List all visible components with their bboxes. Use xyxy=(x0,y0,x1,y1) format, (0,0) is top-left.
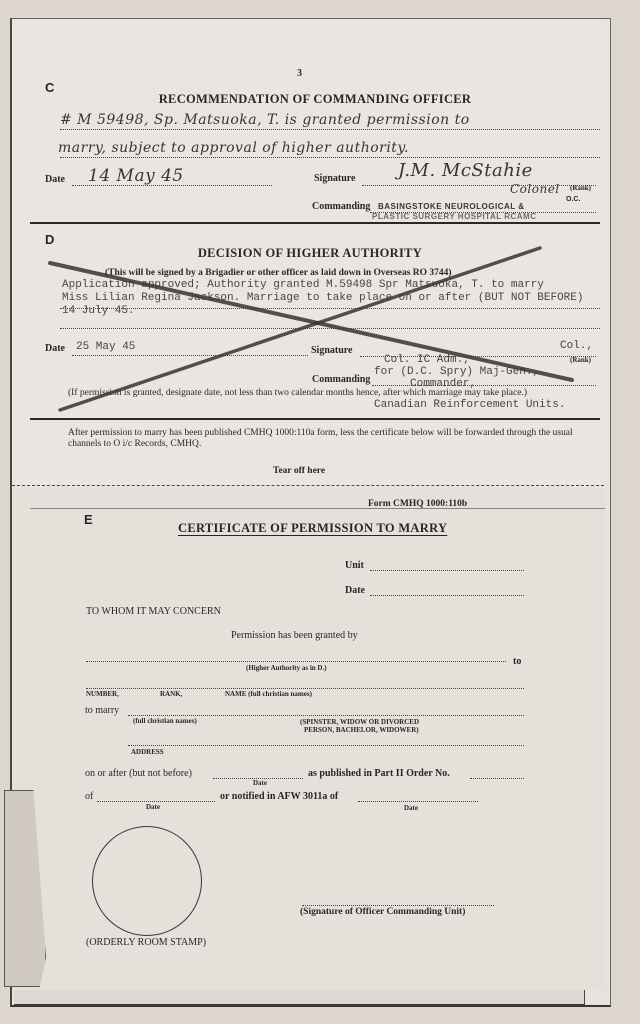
signature-caption: (Signature of Officer Commanding Unit) xyxy=(300,907,465,917)
unit-field[interactable] xyxy=(370,569,524,571)
section-e-letter: E xyxy=(84,512,93,527)
unit-label: Unit xyxy=(345,560,364,571)
order-number-field[interactable] xyxy=(470,777,524,779)
officer-signature-field[interactable] xyxy=(302,904,494,906)
fold-line xyxy=(30,508,605,509)
afw-date-field[interactable] xyxy=(358,800,478,802)
tear-off-label: Tear off here xyxy=(273,466,325,476)
date-caption: Date xyxy=(146,803,160,811)
number-label: NUMBER, xyxy=(86,690,119,698)
certificate-title: CERTIFICATE OF PERMISSION TO MARRY xyxy=(178,521,447,536)
permission-text: Permission has been granted by xyxy=(231,630,358,641)
on-or-after-label: on or after (but not before) xyxy=(85,768,192,779)
forwarding-instructions: After permission to marry has been publi… xyxy=(68,428,598,450)
to-label: to xyxy=(513,656,521,667)
salutation: TO WHOM IT MAY CONCERN xyxy=(86,606,221,617)
date-caption: Date xyxy=(253,779,267,787)
address-field[interactable] xyxy=(128,744,524,746)
higher-authority-caption: (Higher Authority as in D.) xyxy=(246,664,327,672)
orderly-room-stamp-area[interactable] xyxy=(92,826,202,936)
status-caption-2: PERSON, BACHELOR, WIDOWER) xyxy=(304,726,419,734)
tear-off-line[interactable] xyxy=(12,485,604,486)
to-marry-label: to marry xyxy=(85,705,119,716)
higher-authority-field[interactable] xyxy=(86,660,506,662)
date-caption: Date xyxy=(404,804,418,812)
certificate-date-field[interactable] xyxy=(370,594,524,596)
published-label: as published in Part II Order No. xyxy=(308,768,450,779)
name-label: NAME (full christian names) xyxy=(225,690,312,698)
stamp-caption: (ORDERLY ROOM STAMP) xyxy=(86,937,206,948)
soldier-details-field[interactable] xyxy=(86,687,524,689)
spouse-name-field[interactable] xyxy=(128,714,524,716)
certificate-date-label: Date xyxy=(345,585,365,596)
rank-label: RANK, xyxy=(160,690,182,698)
section-divider xyxy=(30,418,600,420)
full-names-caption: (full christian names) xyxy=(133,717,197,725)
notified-label: or notified in AFW 3011a of xyxy=(220,791,338,802)
address-caption: ADDRESS xyxy=(131,748,164,756)
status-caption-1: (SPINSTER, WIDOW OR DIVORCED xyxy=(300,718,419,726)
of-label: of xyxy=(85,791,93,802)
order-date-field[interactable] xyxy=(97,800,215,802)
